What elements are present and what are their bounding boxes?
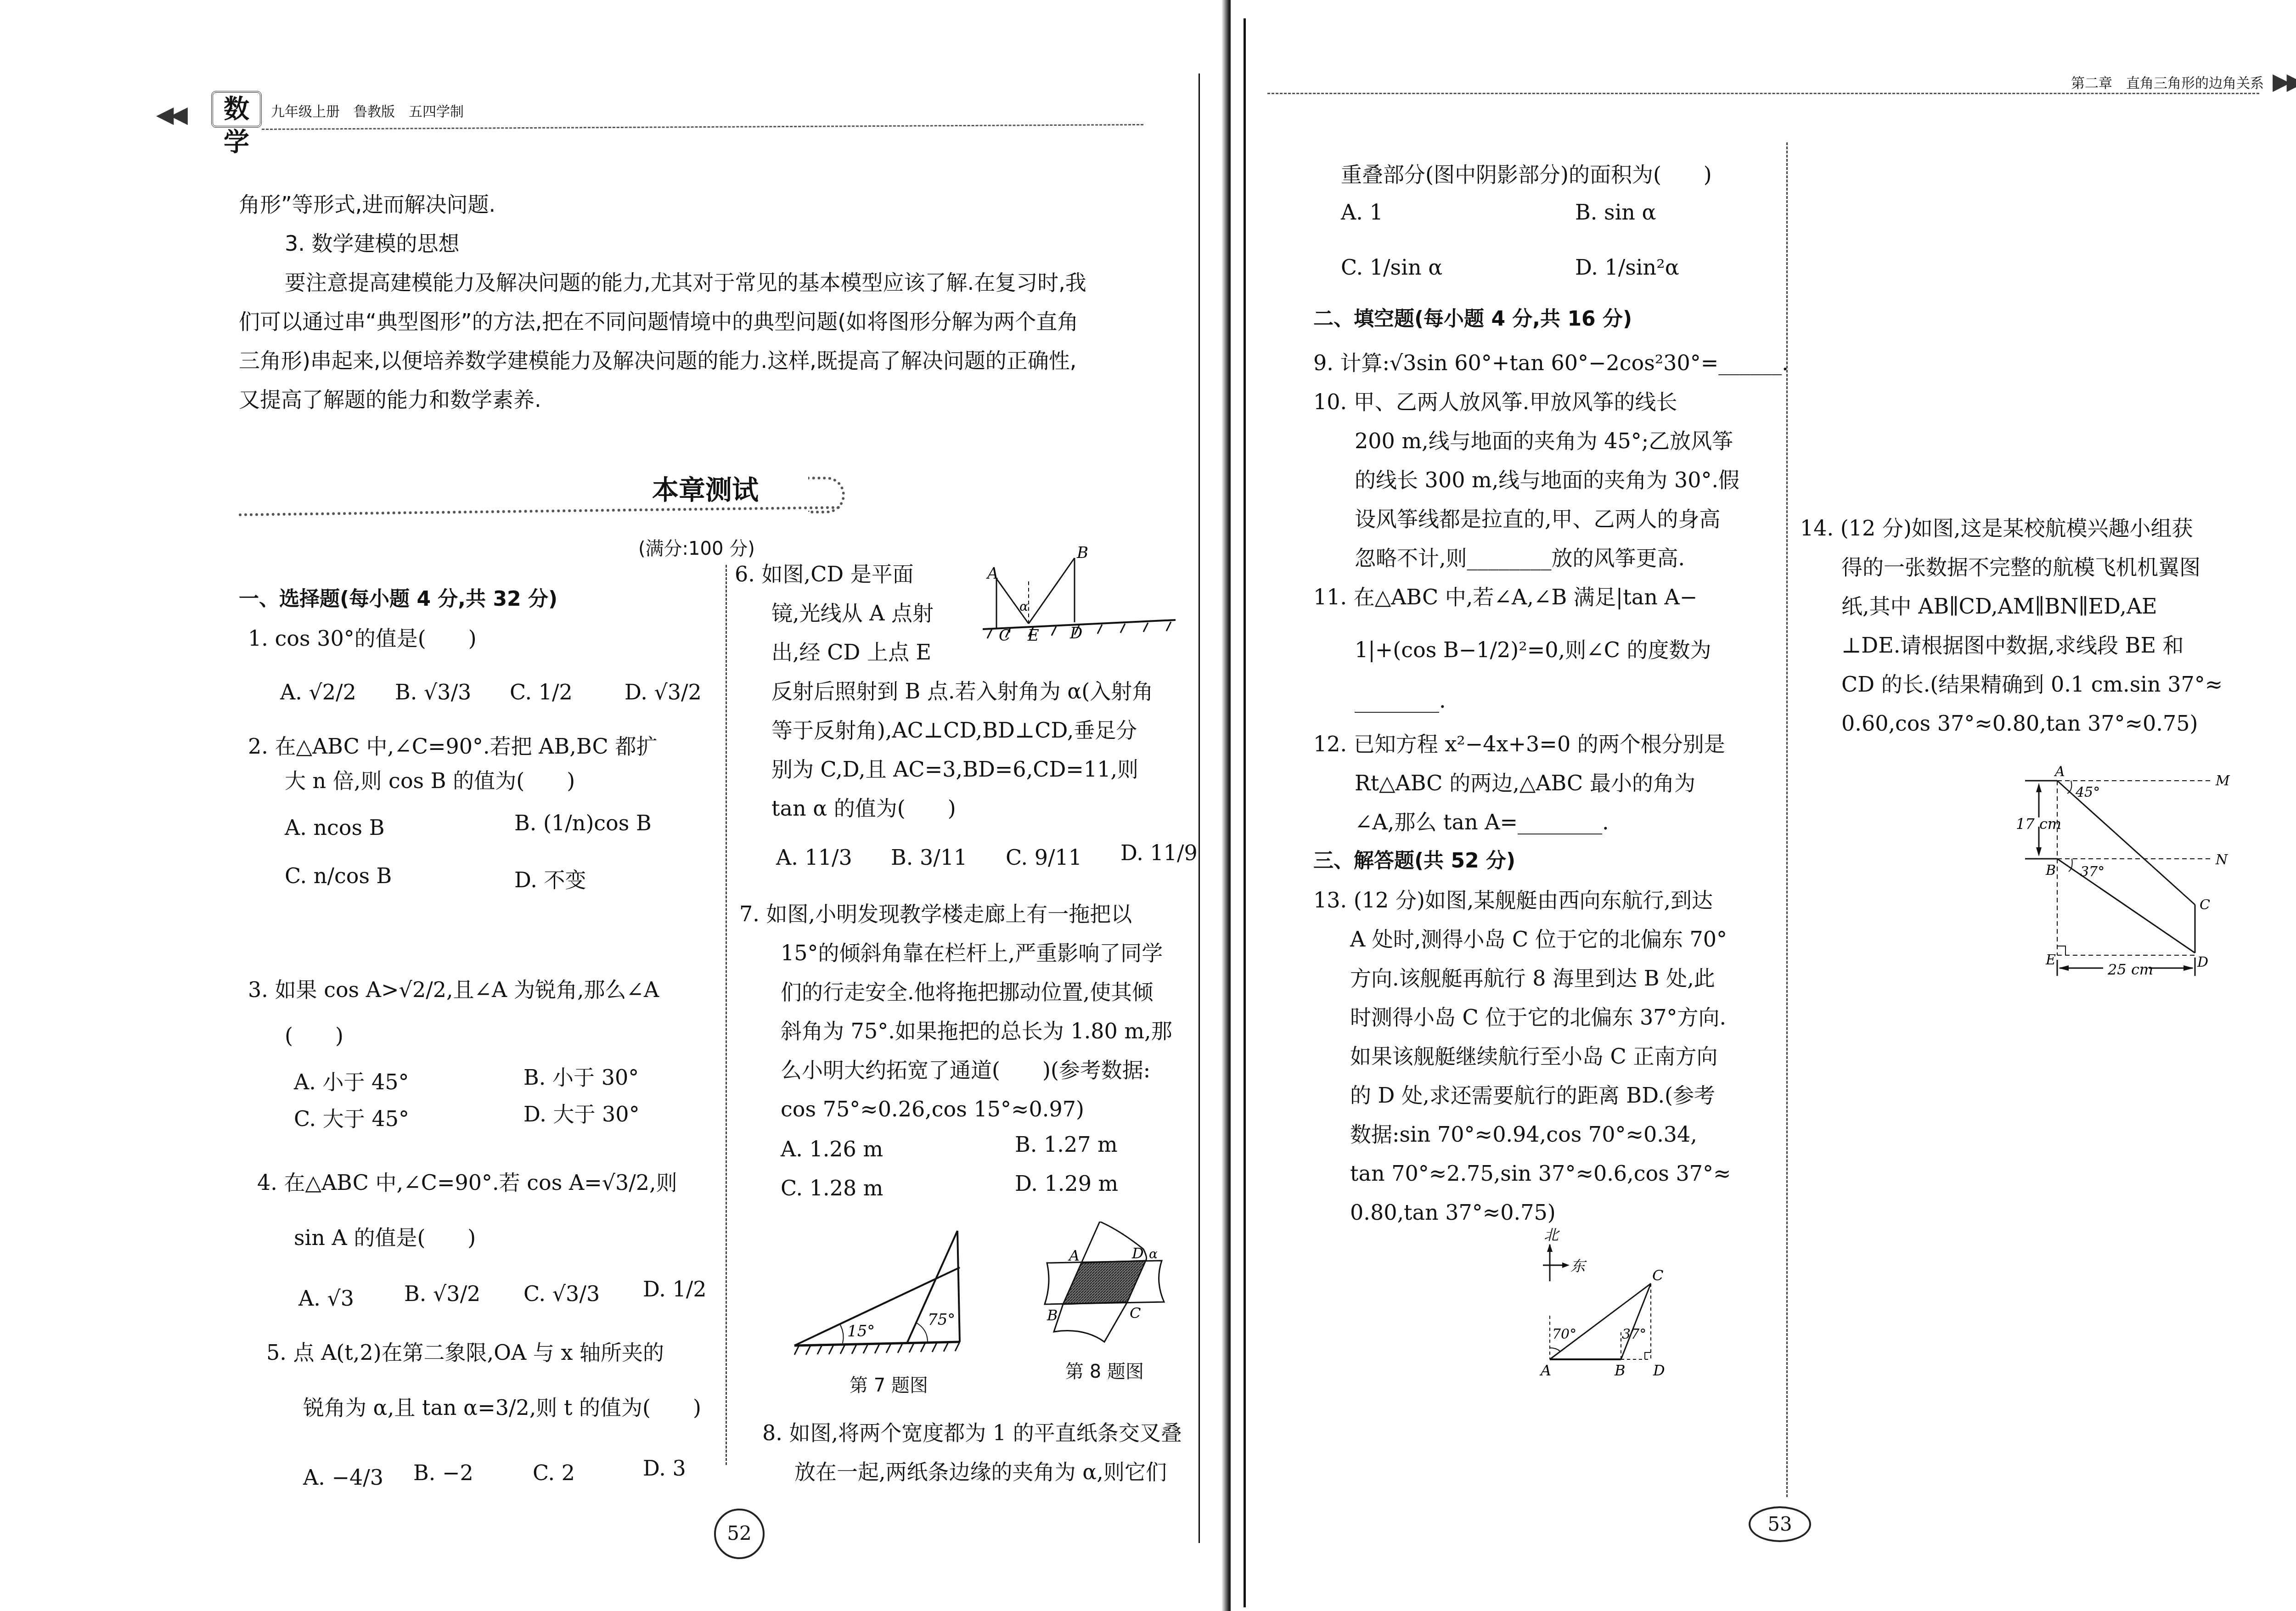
dim-17cm: 17 cm — [2016, 815, 2061, 833]
q13-line: 数据:sin 70°≈0.94,cos 70°≈0.34, — [1350, 1118, 1697, 1150]
test-title: 本章测试 — [652, 468, 759, 507]
svg-text:B: B — [1076, 546, 1088, 562]
q3-option-a[interactable]: A. 小于 45° — [294, 1065, 409, 1096]
q13-line: 的 D 处,求还需要航行的距离 BD.(参考 — [1350, 1079, 1715, 1111]
q6-option-d[interactable]: D. 11/9 — [1120, 840, 1198, 865]
q4-stem-cont: sin A 的值是( ) — [294, 1222, 476, 1254]
q7-line: 们的行走安全.他将拖把挪动位置,使其倾 — [781, 976, 1153, 1008]
svg-text:D: D — [1069, 624, 1082, 642]
q12-line: 12. 已知方程 x²−4x+3=0 的两个根分别是 — [1313, 728, 1725, 760]
page-number-left: 52 — [714, 1509, 765, 1559]
q5-option-b[interactable]: B. −2 — [413, 1460, 473, 1485]
q1-option-d[interactable]: D. √3/2 — [625, 680, 702, 704]
q5-option-d[interactable]: D. 3 — [643, 1456, 686, 1481]
section-solve: 三、解答题(共 52 分) — [1313, 845, 1515, 877]
intro-line: 们可以通过串“典型图形”的方法,把在不同问题情境中的典型问题(如将图形分解为两个… — [239, 305, 1078, 338]
dim-25cm: 25 cm — [2107, 961, 2153, 978]
q5-option-a[interactable]: A. −4/3 — [303, 1465, 383, 1490]
q7-option-a[interactable]: A. 1.26 m — [781, 1137, 883, 1161]
q6-option-b[interactable]: B. 3/11 — [891, 845, 967, 870]
svg-text:C: C — [2200, 897, 2210, 913]
section-fill-blank: 二、填空题(每小题 4 分,共 16 分) — [1313, 303, 1632, 335]
chapter-test-title: 本章测试 — [239, 459, 872, 524]
svg-text:B: B — [1614, 1362, 1626, 1379]
q6-line: 6. 如图,CD 是平面 — [735, 558, 914, 590]
q14-line: CD 的长.(结果精确到 0.1 cm.sin 37°≈ — [1841, 668, 2223, 700]
section-choice: 一、选择题(每小题 4 分,共 32 分) — [239, 583, 557, 615]
q8-option-d[interactable]: D. 1/sin²α — [1575, 255, 1679, 280]
q6-option-a[interactable]: A. 11/3 — [776, 845, 852, 870]
book-subtitle: 九年级上册 鲁教版 五四学制 — [271, 100, 464, 120]
q8-line: 8. 如图,将两个宽度都为 1 的平直纸条交叉叠 — [762, 1417, 1182, 1449]
q6-line: tan α 的值为( ) — [771, 792, 956, 824]
svg-text:15°: 15° — [847, 1322, 875, 1341]
svg-text:45°: 45° — [2075, 784, 2100, 800]
q2-option-d[interactable]: D. 不变 — [514, 863, 586, 894]
page-52: ◀◀ 数学 九年级上册 鲁教版 五四学制 角形”等形式,进而解决问题. 3. 数… — [0, 0, 1231, 1611]
q10-line: 忽略不计,则________放的风筝更高. — [1355, 542, 1685, 574]
q4-option-b[interactable]: B. √3/2 — [404, 1281, 480, 1306]
q8-figure-caption: 第 8 题图 — [1065, 1357, 1144, 1383]
svg-text:E: E — [2045, 952, 2056, 968]
east-label: 东 — [1570, 1257, 1587, 1275]
q6-line: 别为 C,D,且 AC=3,BD=6,CD=11,则 — [771, 753, 1138, 785]
q13-line: tan 70°≈2.75,sin 37°≈0.6,cos 37°≈ — [1350, 1157, 1731, 1189]
q9: 9. 计算:√3sin 60°+tan 60°−2cos²30°=______. — [1313, 347, 1789, 379]
q1-option-a[interactable]: A. √2/2 — [280, 680, 356, 704]
q6-mirror-figure: A B C E D α — [983, 546, 1231, 657]
q8-paper-strips-figure: A D α B C — [1029, 1222, 1176, 1350]
q13-line: 方向.该舰艇再航行 8 海里到达 B 处,此 — [1350, 962, 1715, 994]
q13-navigation-figure: 北 东 70° 37° A B C D — [1525, 1222, 1763, 1387]
svg-text:70°: 70° — [1552, 1326, 1576, 1342]
intro-heading: 3. 数学建模的思想 — [285, 227, 460, 259]
title-rule — [239, 506, 840, 516]
svg-text:N: N — [2215, 852, 2228, 868]
svg-text:A: A — [1068, 1247, 1080, 1264]
back-arrow-icon: ◀◀ — [156, 101, 184, 128]
q3-stem: 3. 如果 cos A>√2/2,且∠A 为锐角,那么∠A — [248, 974, 659, 1006]
q2-stem-cont: 大 n 倍,则 cos B 的值为( ) — [285, 765, 575, 797]
q1-option-b[interactable]: B. √3/3 — [395, 680, 471, 704]
q14-wing-figure: 17 cm 25 cm 45° 37° A M B N C D E — [2011, 762, 2250, 983]
q1-stem: 1. cos 30°的值是( ) — [248, 622, 477, 654]
q3-option-c[interactable]: C. 大于 45° — [294, 1102, 409, 1132]
gutter-line — [1199, 73, 1200, 1543]
q10-line: 设风筝线都是拉直的,甲、乙两人的身高 — [1355, 503, 1721, 535]
q11-line: 1|+(cos B−1/2)²=0,则∠C 的度数为 — [1355, 634, 1711, 666]
q7-option-d[interactable]: D. 1.29 m — [1015, 1171, 1118, 1196]
intro-line: 角形”等形式,进而解决问题. — [239, 188, 495, 220]
q2-stem: 2. 在△ABC 中,∠C=90°.若把 AB,BC 都扩 — [248, 730, 657, 762]
q1-option-c[interactable]: C. 1/2 — [510, 680, 573, 704]
q7-mop-figure: 15° 75° — [790, 1222, 964, 1359]
svg-text:A: A — [1539, 1362, 1551, 1379]
svg-text:D: D — [1653, 1362, 1665, 1379]
svg-text:C: C — [1652, 1267, 1663, 1284]
header-left: ◀◀ 数学 九年级上册 鲁教版 五四学制 — [156, 87, 1166, 133]
q8-cont-line: 重叠部分(图中阴影部分)的面积为( ) — [1341, 158, 1712, 191]
svg-text:D: D — [1131, 1245, 1144, 1262]
svg-text:37°: 37° — [1622, 1326, 1646, 1342]
q13-line: 如果该舰艇继续航行至小岛 C 正南方向 — [1350, 1040, 1717, 1072]
header-right: 第二章 直角三角形的边角关系 ▶▶ — [1267, 64, 2296, 101]
q6-line: 出,经 CD 上点 E — [771, 636, 931, 668]
intro-line: 又提高了解题的能力和数学素养. — [239, 383, 541, 416]
svg-text:A: A — [2054, 764, 2065, 780]
q4-stem: 4. 在△ABC 中,∠C=90°.若 cos A=√3/2,则 — [257, 1166, 677, 1199]
q13-line: 时测得小岛 C 位于它的北偏东 37°方向. — [1350, 1001, 1726, 1033]
svg-text:B: B — [2045, 862, 2056, 879]
q6-option-c[interactable]: C. 9/11 — [1006, 845, 1082, 870]
q7-option-c[interactable]: C. 1.28 m — [781, 1176, 883, 1200]
svg-text:D: D — [2197, 954, 2208, 970]
intro-line: 三角形)串起来,以便培养数学建模能力及解决问题的能力.这样,既提高了解决问题的正… — [239, 344, 1076, 377]
q13-line: A 处时,测得小岛 C 位于它的北偏东 70° — [1350, 923, 1727, 955]
svg-text:75°: 75° — [928, 1311, 955, 1329]
q7-line: 7. 如图,小明发现教学楼走廊上有一拖把以 — [739, 898, 1132, 930]
q7-line: cos 75°≈0.26,cos 15°≈0.97) — [781, 1093, 1084, 1125]
q7-figure-caption: 第 7 题图 — [850, 1371, 928, 1397]
q4-option-a[interactable]: A. √3 — [298, 1286, 354, 1311]
svg-text:C: C — [1130, 1304, 1141, 1322]
q10-line: 的线长 300 m,线与地面的夹角为 30°.假 — [1355, 464, 1739, 496]
north-label: 北 — [1544, 1226, 1560, 1244]
q14-line: 0.60,cos 37°≈0.80,tan 37°≈0.75) — [1841, 707, 2198, 739]
svg-text:M: M — [2215, 773, 2230, 789]
q14-line: 14. (12 分)如图,这是某校航模兴趣小组获 — [1800, 512, 2193, 544]
q7-line: 斜角为 75°.如果拖把的总长为 1.80 m,那 — [781, 1015, 1172, 1047]
q2-option-c[interactable]: C. n/cos B — [285, 863, 392, 888]
q2-option-b[interactable]: B. (1/n)cos B — [514, 811, 652, 835]
q6-line: 镜,光线从 A 点射 — [771, 597, 934, 629]
q5-option-c[interactable]: C. 2 — [533, 1460, 575, 1485]
swirl-arrow-icon — [808, 477, 845, 513]
q10-line: 200 m,线与地面的夹角为 45°;乙放风筝 — [1355, 425, 1733, 457]
header-rule — [262, 124, 1143, 130]
chapter-title: 第二章 直角三角形的边角关系 — [2071, 72, 2264, 92]
q7-line: 15°的倾斜角靠在栏杆上,严重影响了同学 — [781, 937, 1163, 969]
q3-stem-cont: ( ) — [285, 1020, 343, 1052]
q7-option-b[interactable]: B. 1.27 m — [1015, 1132, 1118, 1157]
svg-text:α: α — [1149, 1246, 1158, 1262]
q10-line: 10. 甲、乙两人放风筝.甲放风筝的线长 — [1313, 386, 1677, 418]
q11-line: ________. — [1355, 684, 1446, 716]
book-spread: ◀◀ 数学 九年级上册 鲁教版 五四学制 角形”等形式,进而解决问题. 3. 数… — [0, 0, 2296, 1611]
column-divider — [726, 565, 727, 1465]
q6-line: 反射后照射到 B 点.若入射角为 α(入射角 — [771, 675, 1153, 707]
svg-text:37°: 37° — [2080, 864, 2105, 880]
q14-line: 纸,其中 AB∥CD,AM∥BN∥ED,AE — [1841, 590, 2157, 622]
q3-option-d[interactable]: D. 大于 30° — [523, 1098, 640, 1128]
q12-line: ∠A,那么 tan A=________. — [1355, 806, 1609, 838]
page-number-right: 53 — [1749, 1506, 1811, 1542]
q3-option-b[interactable]: B. 小于 30° — [523, 1061, 639, 1091]
q8-option-b[interactable]: B. sin α — [1575, 200, 1656, 225]
forward-arrow-icon: ▶▶ — [2273, 68, 2296, 95]
header-rule — [1267, 93, 2259, 94]
column-divider — [1786, 142, 1788, 1497]
intro-line: 要注意提高建模能力及解决问题的能力,尤其对于常见的基本模型应该了解.在复习时,我 — [285, 266, 1086, 299]
q5-stem-cont: 锐角为 α,且 tan α=3/2,则 t 的值为( ) — [303, 1391, 701, 1424]
svg-text:A: A — [986, 564, 999, 583]
q8-option-a[interactable]: A. 1 — [1341, 200, 1383, 225]
q4-option-c[interactable]: C. √3/3 — [523, 1281, 600, 1306]
q8-line: 放在一起,两纸条边缘的夹角为 α,则它们 — [794, 1456, 1167, 1488]
q13-line: 13. (12 分)如图,某舰艇由西向东航行,到达 — [1313, 884, 1713, 916]
gutter-line — [1244, 18, 1246, 1607]
svg-text:B: B — [1047, 1307, 1058, 1324]
svg-text:α: α — [1019, 599, 1028, 614]
q11-line: 11. 在△ABC 中,若∠A,∠B 满足|tan A− — [1313, 581, 1697, 613]
q2-option-a[interactable]: A. ncos B — [285, 815, 385, 840]
q7-line: 么小明大约拓宽了通道( )(参考数据: — [781, 1054, 1150, 1086]
q14-line: 得的一张数据不完整的航模飞机机翼图 — [1841, 551, 2200, 583]
svg-text:C: C — [999, 626, 1011, 645]
q14-line: ⊥DE.请根据图中数据,求线段 BE 和 — [1841, 629, 2184, 661]
q8-option-c[interactable]: C. 1/sin α — [1341, 255, 1442, 280]
q6-line: 等于反射角),AC⊥CD,BD⊥CD,垂足分 — [771, 714, 1137, 746]
q5-stem: 5. 点 A(t,2)在第二象限,OA 与 x 轴所夹的 — [266, 1336, 664, 1369]
subject-badge: 数学 — [211, 91, 262, 128]
q4-option-d[interactable]: D. 1/2 — [643, 1277, 707, 1301]
q12-line: Rt△ABC 的两边,△ABC 最小的角为 — [1355, 767, 1695, 799]
svg-text:E: E — [1027, 626, 1039, 645]
